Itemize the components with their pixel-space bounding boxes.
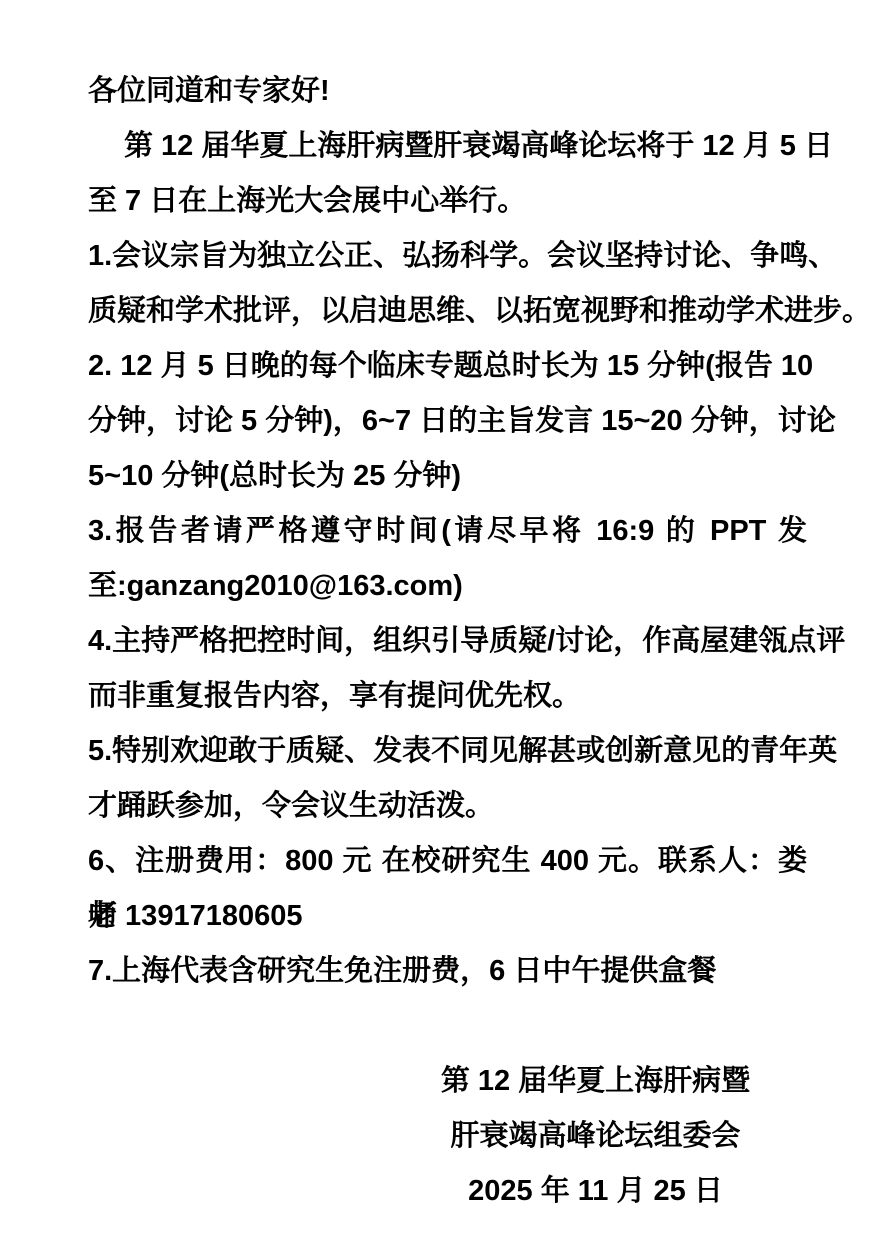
item3-line-1: 3.报告者请严格遵守时间(请尽早将 16:9 的 PPT 发 xyxy=(88,504,807,559)
item4-line-2: 而非重复报告内容，享有提问优先权。 xyxy=(88,669,807,724)
document-page: 各位同道和专家好! 第 12 届华夏上海肝病暨肝衰竭高峰论坛将于 12 月 5 … xyxy=(0,0,895,1249)
item2-line-3: 5~10 分钟(总时长为 25 分钟) xyxy=(88,449,807,504)
item4-line-1: 4.主持严格把控时间，组织引导质疑/讨论，作高屋建瓴点评 xyxy=(88,614,807,669)
intro-line-1: 第 12 届华夏上海肝病暨肝衰竭高峰论坛将于 12 月 5 日 xyxy=(88,119,807,174)
greeting-line: 各位同道和专家好! xyxy=(88,64,807,119)
item2-line-1: 2. 12 月 5 日晚的每个临床专题总时长为 15 分钟(报告 10 xyxy=(88,339,807,394)
item1-line-1: 1.会议宗旨为独立公正、弘扬科学。会议坚持讨论、争鸣、 xyxy=(88,229,807,284)
signature-org-line-1: 第 12 届华夏上海肝病暨 xyxy=(384,1054,807,1109)
item7-line: 7.上海代表含研究生免注册费，6 日中午提供盒餐 xyxy=(88,944,807,999)
item5-line-2: 才踊跃参加，令会议生动活泼。 xyxy=(88,779,807,834)
signature-block: 第 12 届华夏上海肝病暨 肝衰竭高峰论坛组委会 2025 年 11 月 25 … xyxy=(384,1054,807,1219)
item1-line-2: 质疑和学术批评，以启迪思维、以拓宽视野和推动学术进步。 xyxy=(88,284,807,339)
item6-line-2-phone: 师 13917180605 xyxy=(88,889,807,944)
item5-line-1: 5.特别欢迎敢于质疑、发表不同见解甚或创新意见的青年英 xyxy=(88,724,807,779)
signature-date: 2025 年 11 月 25 日 xyxy=(384,1164,807,1219)
item6-line-1: 6、注册费用：800 元 在校研究生 400 元。联系人：娄老 xyxy=(88,834,807,889)
item3-line-2-email: 至:ganzang2010@163.com) xyxy=(88,559,807,614)
signature-org-line-2: 肝衰竭高峰论坛组委会 xyxy=(384,1109,807,1164)
item2-line-2: 分钟，讨论 5 分钟)，6~7 日的主旨发言 15~20 分钟，讨论 xyxy=(88,394,807,449)
intro-line-2: 至 7 日在上海光大会展中心举行。 xyxy=(88,174,807,229)
